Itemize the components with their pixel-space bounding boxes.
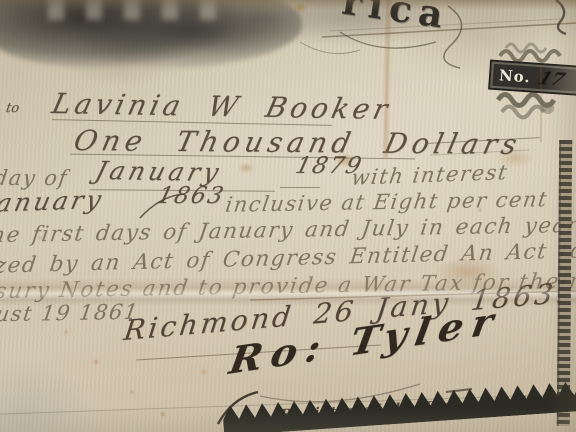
serial-number-label: No. (498, 66, 531, 86)
printed-with-interest: with interest (350, 160, 510, 189)
ruled-line (280, 187, 320, 188)
handwritten-month-1863: January (0, 185, 107, 218)
payee-prefix: to (5, 101, 21, 116)
printed-act-date: ust 19 1861 (0, 300, 141, 326)
engraving-vignette (0, 0, 302, 70)
serial-number-value: 17 (535, 68, 568, 90)
confederate-bond-photo: rica (0, 0, 576, 432)
scrollwork-below-no-box (498, 95, 554, 118)
serial-number-box: No. 17 (488, 60, 576, 97)
payee-name: Lavinia W Booker (49, 87, 395, 126)
handwritten-year-1863: 1863 (155, 183, 228, 209)
printed-interest-rate: inclusive at Eight per cent (224, 187, 550, 217)
scrollwork-above-no-box (500, 44, 560, 61)
sawtooth-bottom-border (222, 377, 576, 432)
